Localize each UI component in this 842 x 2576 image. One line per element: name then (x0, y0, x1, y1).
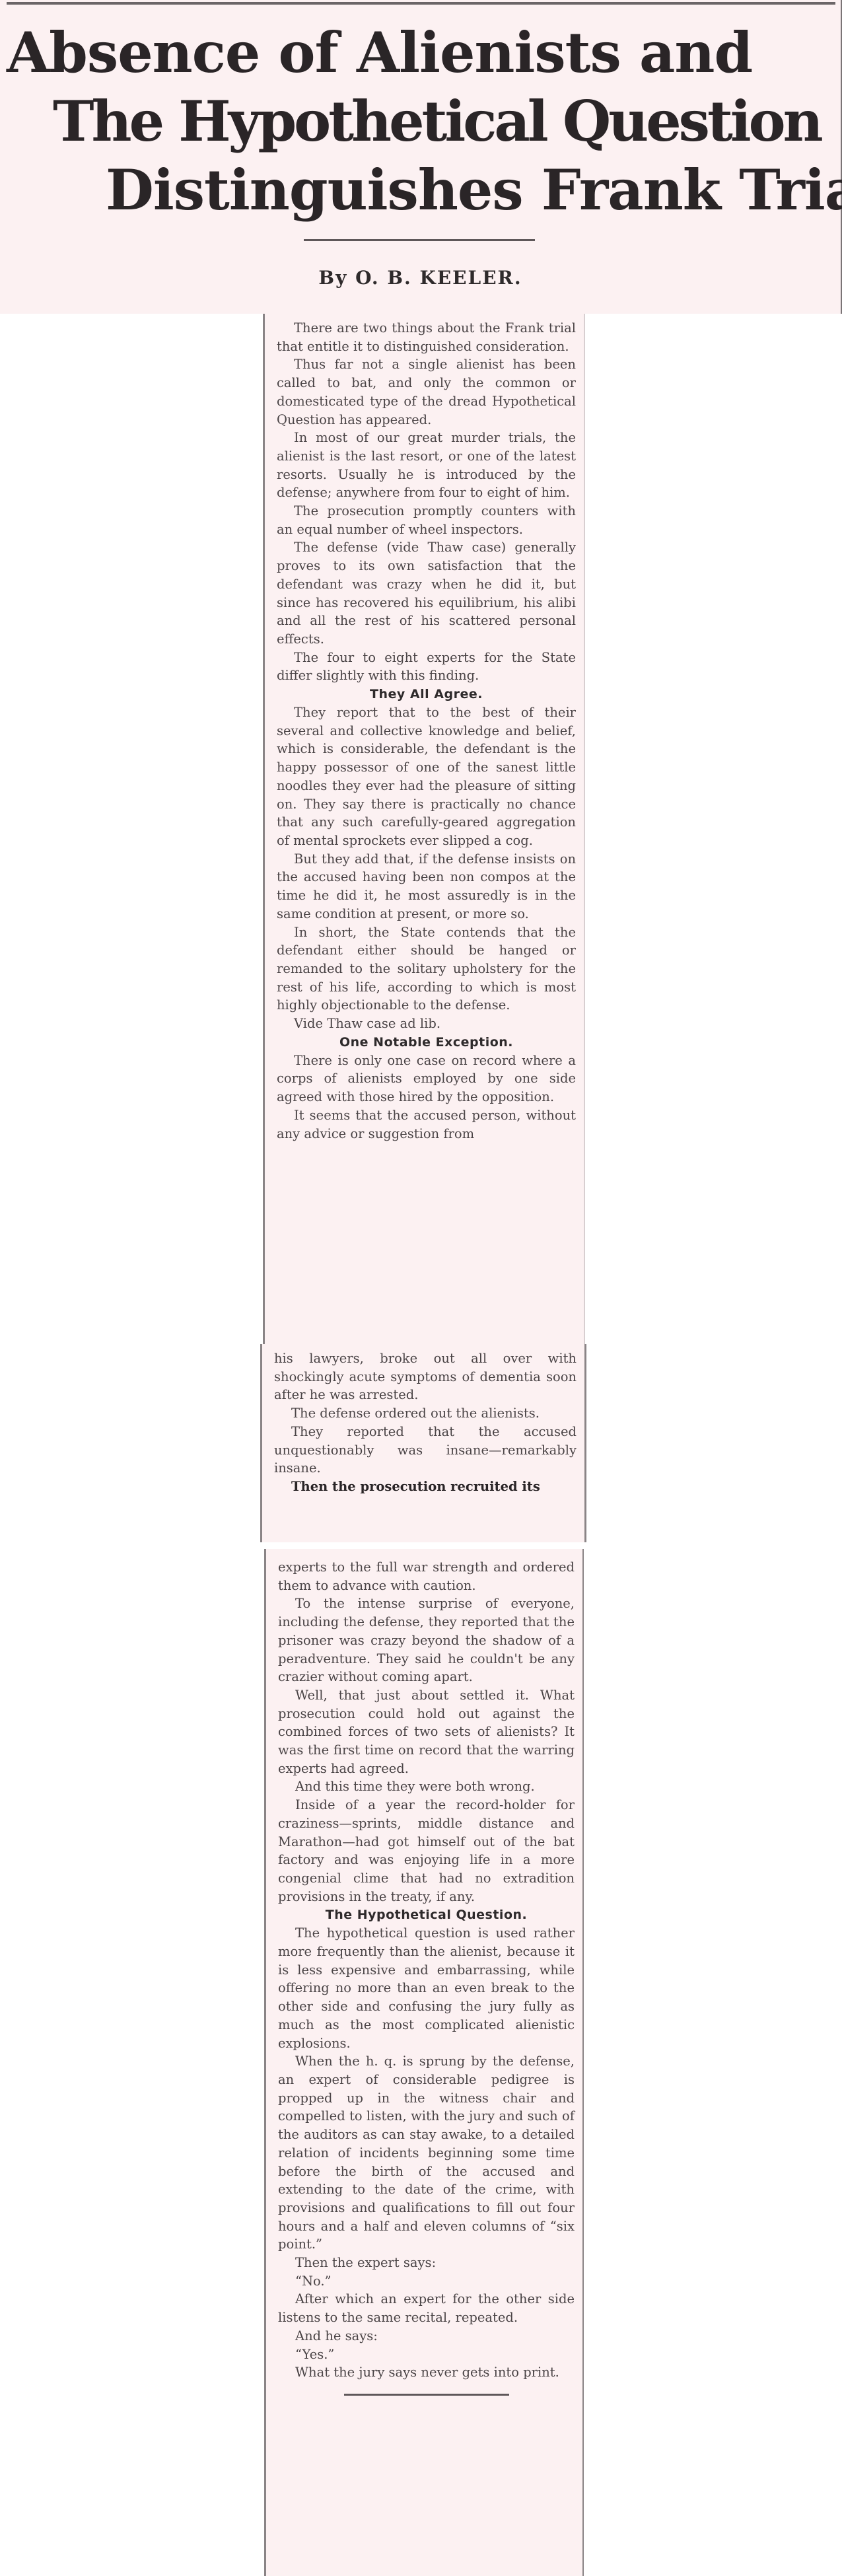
article-paragraph: And he says: (278, 2327, 575, 2345)
article-paragraph: It seems that the accused person, withou… (277, 1106, 576, 1143)
segment-2-body: his lawyers, broke out all over with sho… (274, 1349, 577, 1542)
article-paragraph: They report that to the best of their se… (277, 703, 576, 850)
section-subheading: The Hypothetical Question. (278, 1906, 575, 1924)
article-paragraph: They reported that the accused unquestio… (274, 1423, 577, 1478)
section-subheading: One Notable Exception. (277, 1033, 576, 1052)
article-paragraph: And this time they were both wrong. (278, 1777, 575, 1796)
article-paragraph: The four to eight experts for the State … (277, 649, 576, 685)
top-rule-divider (7, 2, 835, 5)
article-paragraph: But they add that, if the defense insist… (277, 850, 576, 923)
article-paragraph: When the h. q. is sprung by the defense,… (278, 2052, 575, 2254)
article-paragraph: Well, that just about settled it. What p… (278, 1686, 575, 1778)
article-paragraph: The prosecution promptly counters with a… (277, 502, 576, 538)
article-paragraph: Thus far not a single alienist has been … (277, 355, 576, 429)
headline-divider (304, 239, 535, 241)
segment-3-body: experts to the full war strength and ord… (278, 1558, 575, 2382)
segment-1-body: There are two things about the Frank tri… (277, 319, 576, 1450)
headline-line-2: The Hypothetical Question (53, 94, 821, 149)
article-column-segment-1: There are two things about the Frank tri… (263, 314, 585, 1450)
headline-line-3: Distinguishes Frank Trial (106, 162, 842, 218)
article-paragraph: “No.” (278, 2272, 575, 2291)
article-paragraph: The hypothetical question is used rather… (278, 1924, 575, 2052)
article-paragraph: There is only one case on record where a… (277, 1052, 576, 1106)
byline: By O. B. KEELER. (0, 267, 841, 289)
article-paragraph: There are two things about the Frank tri… (277, 319, 576, 355)
article-header: Absence of Alienists and The Hypothetica… (0, 0, 842, 314)
article-paragraph: After which an expert for the other side… (278, 2290, 575, 2326)
end-of-article-rule (344, 2394, 509, 2396)
headline-line-1: Absence of Alienists and (7, 25, 752, 81)
article-paragraph: Vide Thaw case ad lib. (277, 1015, 576, 1033)
article-paragraph: In most of our great murder trials, the … (277, 429, 576, 502)
article-column-segment-3: experts to the full war strength and ord… (264, 1549, 584, 2576)
article-paragraph: “Yes.” (278, 2345, 575, 2364)
article-paragraph: The defense (vide Thaw case) generally p… (277, 538, 576, 648)
article-paragraph: Then the prosecution recruited its (274, 1478, 577, 1496)
article-paragraph: his lawyers, broke out all over with sho… (274, 1349, 577, 1404)
article-column-segment-2: his lawyers, broke out all over with sho… (260, 1344, 586, 1542)
article-paragraph: Then the expert says: (278, 2254, 575, 2272)
section-subheading: They All Agree. (277, 685, 576, 703)
article-paragraph: What the jury says never gets into print… (278, 2363, 575, 2382)
article-paragraph: Inside of a year the record-holder for c… (278, 1796, 575, 1906)
article-paragraph: The defense ordered out the alienists. (274, 1404, 577, 1423)
article-paragraph: experts to the full war strength and ord… (278, 1558, 575, 1594)
article-paragraph: In short, the State contends that the de… (277, 923, 576, 1015)
article-paragraph: To the intense surprise of everyone, inc… (278, 1594, 575, 1686)
